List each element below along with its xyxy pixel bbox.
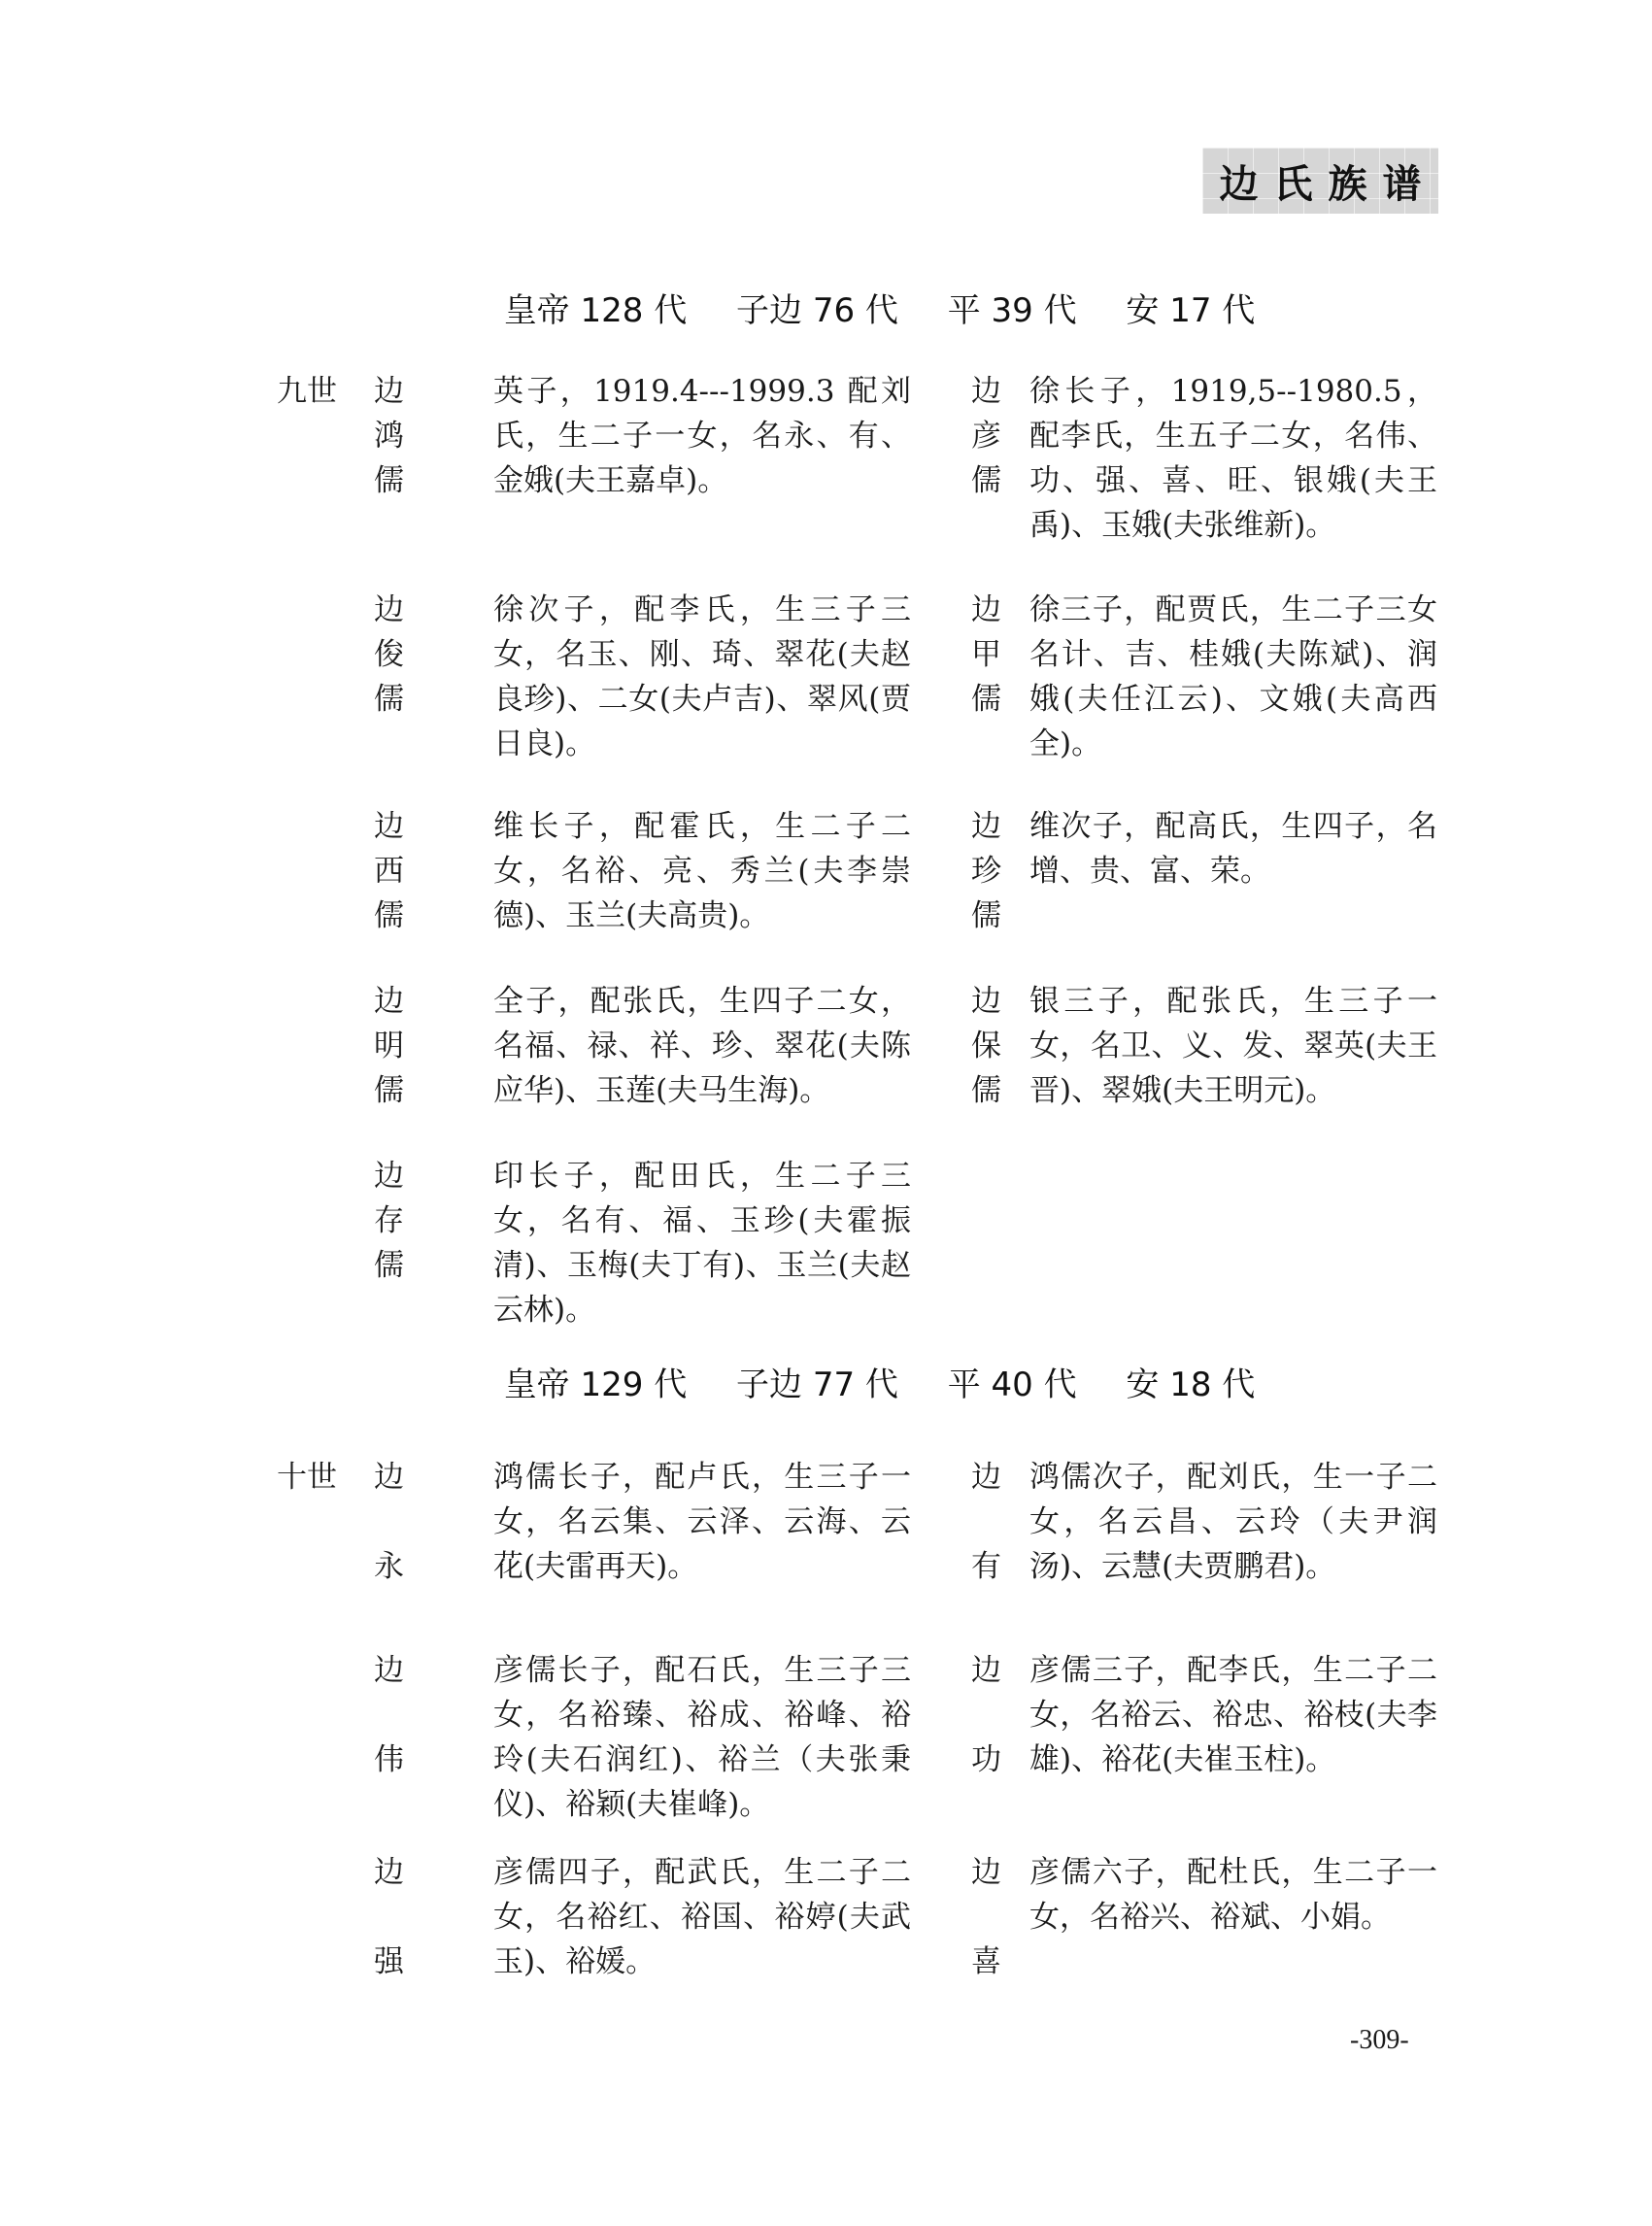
entry-description: 徐长子，1919,5--1980.5，配李氏，生五子二女，名伟、功、强、喜、旺、… [1029,369,1437,548]
genealogy-entry: 边伟 彦儒长子，配石氏，生三子三女，名裕臻、裕成、裕峰、裕玲(夫石润红)、裕兰（… [374,1648,911,1827]
heading-part: 安 18 代 [1126,1366,1255,1404]
genealogy-entry: 边喜 彦儒六子，配杜氏，生二子一女，名裕兴、裕斌、小娟。 [971,1850,1437,1984]
person-name: 边保儒 [971,979,1029,1113]
generation-label: 十世 [277,1455,337,1500]
entry-description: 徐三子，配贾氏，生二子三女名计、吉、桂娥(夫陈斌)、润娥(夫任江云)、文娥(夫高… [1029,588,1437,766]
person-name: 边明儒 [374,979,432,1113]
person-name: 边珍儒 [971,804,1029,938]
header-title: 边氏族谱 [1204,153,1437,209]
heading-part: 皇帝 129 代 [504,1366,688,1404]
header-banner: 边氏族谱 [1202,148,1438,214]
heading-part: 安 17 代 [1126,291,1255,330]
genealogy-entry: 边永 鸿儒长子，配卢氏，生三子一女，名云集、云泽、云海、云花(夫雷再天)。 [374,1455,911,1589]
generation-label: 九世 [277,369,337,414]
heading-part: 平 40 代 [948,1366,1077,1404]
genealogy-entry: 边彦儒 徐长子，1919,5--1980.5，配李氏，生五子二女，名伟、功、强、… [971,369,1437,548]
genealogy-entry: 边存儒 印长子，配田氏，生二子三女，名有、福、玉珍(夫霍振清)、玉梅(夫丁有)、… [374,1154,911,1332]
person-name: 边西儒 [374,804,432,938]
genealogy-entry: 边保儒 银三子，配张氏，生三子一女，名卫、义、发、翠英(夫王晋)、翠娥(夫王明元… [971,979,1437,1113]
genealogy-entry: 边功 彦儒三子，配李氏，生二子二女，名裕云、裕忠、裕枝(夫李雄)、裕花(夫崔玉柱… [971,1648,1437,1782]
person-name: 边有 [971,1455,1029,1589]
generation-heading: 皇帝 129 代 子边 77 代 平 40 代 安 18 代 [0,1358,1652,1405]
person-name: 边功 [971,1648,1029,1782]
genealogy-entry: 边明儒 全子，配张氏，生四子二女，名福、禄、祥、珍、翠花(夫陈应华)、玉莲(夫马… [374,979,911,1113]
person-name: 边永 [374,1455,432,1589]
genealogy-entry: 边有 鸿儒次子，配刘氏，生一子二女，名云昌、云玲（夫尹润汤)、云慧(夫贾鹏君)。 [971,1455,1437,1589]
generation-heading: 皇帝 128 代 子边 76 代 平 39 代 安 17 代 [0,284,1652,331]
heading-part: 平 39 代 [948,291,1077,330]
heading-part: 子边 76 代 [736,291,898,330]
genealogy-entry: 边西儒 维长子，配霍氏，生二子二女，名裕、亮、秀兰(夫李崇德)、玉兰(夫高贵)。 [374,804,911,938]
genealogy-entry: 边甲儒 徐三子，配贾氏，生二子三女名计、吉、桂娥(夫陈斌)、润娥(夫任江云)、文… [971,588,1437,766]
person-name: 边强 [374,1850,432,1984]
page-number: -309- [1350,2025,1409,2056]
entry-description: 徐次子，配李氏，生三子三女，名玉、刚、琦、翠花(夫赵良珍)、二女(夫卢吉)、翠风… [493,588,911,766]
person-name: 边伟 [374,1648,432,1827]
person-name: 边喜 [971,1850,1029,1984]
heading-part: 子边 77 代 [736,1366,898,1404]
genealogy-entry: 边俊儒 徐次子，配李氏，生三子三女，名玉、刚、琦、翠花(夫赵良珍)、二女(夫卢吉… [374,588,911,766]
person-name: 边鸿儒 [374,369,432,503]
entry-description: 彦儒三子，配李氏，生二子二女，名裕云、裕忠、裕枝(夫李雄)、裕花(夫崔玉柱)。 [1029,1648,1437,1782]
entry-description: 全子，配张氏，生四子二女，名福、禄、祥、珍、翠花(夫陈应华)、玉莲(夫马生海)。 [493,979,911,1113]
entry-description: 英子，1919.4---1999.3 配刘氏，生二子一女，名永、有、金娥(夫王嘉… [493,369,911,503]
entry-description: 鸿儒长子，配卢氏，生三子一女，名云集、云泽、云海、云花(夫雷再天)。 [493,1455,911,1589]
entry-description: 印长子，配田氏，生二子三女，名有、福、玉珍(夫霍振清)、玉梅(夫丁有)、玉兰(夫… [493,1154,911,1332]
entry-description: 维次子，配高氏，生四子，名增、贵、富、荣。 [1029,804,1437,938]
person-name: 边俊儒 [374,588,432,766]
genealogy-entry: 边强 彦儒四子，配武氏，生二子二女，名裕红、裕国、裕婷(夫武玉)、裕媛。 [374,1850,911,1984]
entry-description: 鸿儒次子，配刘氏，生一子二女，名云昌、云玲（夫尹润汤)、云慧(夫贾鹏君)。 [1029,1455,1437,1589]
entry-description: 银三子，配张氏，生三子一女，名卫、义、发、翠英(夫王晋)、翠娥(夫王明元)。 [1029,979,1437,1113]
person-name: 边甲儒 [971,588,1029,766]
heading-part: 皇帝 128 代 [504,291,688,330]
entry-description: 彦儒六子，配杜氏，生二子一女，名裕兴、裕斌、小娟。 [1029,1850,1437,1984]
person-name: 边彦儒 [971,369,1029,548]
entry-description: 彦儒长子，配石氏，生三子三女，名裕臻、裕成、裕峰、裕玲(夫石润红)、裕兰（夫张秉… [493,1648,911,1827]
entry-description: 彦儒四子，配武氏，生二子二女，名裕红、裕国、裕婷(夫武玉)、裕媛。 [493,1850,911,1984]
genealogy-entry: 边珍儒 维次子，配高氏，生四子，名增、贵、富、荣。 [971,804,1437,938]
person-name: 边存儒 [374,1154,432,1332]
genealogy-entry: 边鸿儒 英子，1919.4---1999.3 配刘氏，生二子一女，名永、有、金娥… [374,369,911,503]
entry-description: 维长子，配霍氏，生二子二女，名裕、亮、秀兰(夫李崇德)、玉兰(夫高贵)。 [493,804,911,938]
